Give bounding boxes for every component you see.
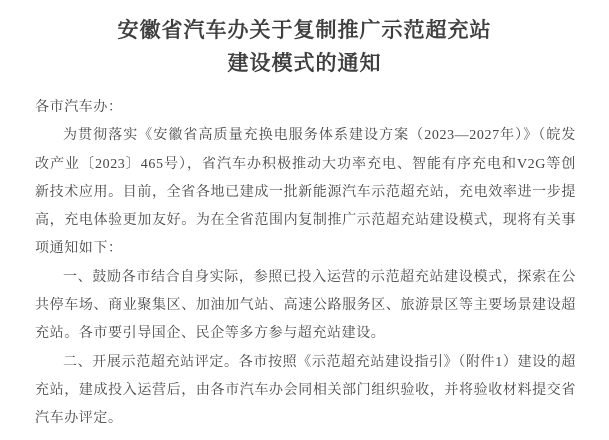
document-body: 各市汽车办： 为贯彻落实《安徽省高质量充换电服务体系建设方案（2023—2027… [35,94,576,434]
salutation-line: 各市汽车办： [35,94,576,122]
paragraph-intro: 为贯彻落实《安徽省高质量充换电服务体系建设方案（2023—2027年）》（皖发改… [35,122,576,263]
paragraph-item-1: 一、鼓励各市结合自身实际，参照已投入运营的示范超充站建设模式，探索在公共停车场、… [35,264,576,349]
document-title-line-2: 建设模式的通知 [30,47,579,80]
document-title-line-1: 安徽省汽车办关于复制推广示范超充站 [30,14,579,47]
notice-document-page: 安徽省汽车办关于复制推广示范超充站 建设模式的通知 各市汽车办： 为贯彻落实《安… [0,0,609,440]
document-title: 安徽省汽车办关于复制推广示范超充站 建设模式的通知 [30,14,579,80]
paragraph-item-2: 二、开展示范超充站评定。各市按照《示范超充站建设指引》（附件1）建设的超充站，建… [35,349,576,434]
